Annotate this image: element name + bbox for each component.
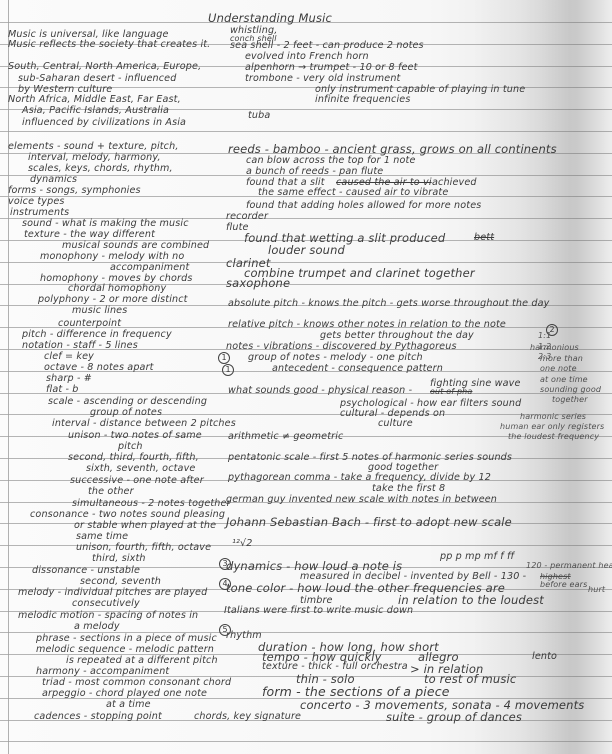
note-line: arithmetic ≠ geometric [228, 432, 343, 442]
note-line: melodic sequence - melodic pattern [36, 645, 214, 655]
note-line: at one time [540, 375, 588, 385]
note-line: to rest of music [424, 674, 516, 684]
note-line: antecedent - consequence pattern [272, 364, 443, 374]
note-line: tuba [248, 111, 270, 121]
note-line: sixth, seventh, octave [86, 464, 195, 474]
note-line: german guy invented new scale with notes… [226, 495, 497, 505]
note-line: influenced by civilizations in Asia [22, 118, 186, 128]
note-line: chords, key signature [194, 712, 301, 722]
note-line: allegro [418, 652, 459, 662]
note-line: polyphony - 2 or more distinct [38, 295, 188, 305]
note-line: out of pha [430, 387, 472, 397]
note-line: forms - songs, symphonies [8, 186, 141, 196]
note-line: pitch - difference in frequency [22, 330, 172, 340]
note-line: sea shell - 2 feet - can produce 2 notes [230, 41, 424, 51]
note-line: one note [540, 364, 577, 374]
note-line: human ear only registers [500, 422, 604, 432]
note-line: North Africa, Middle East, Far East, [8, 95, 181, 105]
note-line: culture [378, 419, 413, 429]
note-line: harmonious [530, 343, 579, 353]
note-line: at a time [106, 700, 151, 710]
note-line: dynamics [30, 175, 77, 185]
circled-number: 3 [219, 558, 231, 570]
note-line: counterpoint [58, 319, 121, 329]
note-line: lento [532, 652, 557, 662]
note-line: chordal homophony [68, 284, 166, 294]
note-line: simultaneous - 2 notes together [72, 499, 231, 509]
ruled-line [0, 741, 612, 742]
circled-number: 1 [218, 352, 230, 364]
circled-number: 5 [219, 624, 231, 636]
note-line: instruments [10, 208, 69, 218]
note-line: music lines [72, 306, 127, 316]
note-line: musical sounds are combined [62, 241, 209, 251]
note-line: absolute pitch - knows the pitch - gets … [228, 299, 549, 309]
note-line: Asia, Pacific Islands, Australia [22, 106, 169, 116]
note-line: elements - sound + texture, pitch, [8, 142, 179, 152]
note-line: scales, keys, chords, rhythm, [28, 164, 173, 174]
note-line: sub-Saharan desert - influenced [18, 74, 176, 84]
note-line: melodic motion - spacing of notes in [18, 611, 198, 621]
note-line: the other [88, 487, 134, 497]
note-line: consecutively [72, 599, 140, 609]
note-line: texture - the way different [24, 230, 155, 240]
note-line: pp p mp mf f ff [440, 552, 514, 562]
note-line: louder sound [268, 245, 345, 255]
note-line: what sounds good - physical reason - [228, 386, 412, 396]
note-line: flat - b [46, 385, 79, 395]
note-line: pitch [118, 442, 143, 452]
note-line: group of notes - melody - one pitch [248, 353, 423, 363]
note-line: before ears [540, 580, 587, 590]
ruled-line [0, 262, 612, 263]
note-line: form - the sections of a piece [262, 687, 450, 697]
note-line: concerto - 3 movements, sonata - 4 movem… [300, 700, 584, 710]
note-line: 120 - permanent hearing loss [526, 561, 612, 571]
circled-number: 2 [546, 324, 558, 336]
note-line: texture - thick - full orchestra [262, 662, 408, 672]
note-line: a bunch of reeds - pan flute [246, 167, 383, 177]
note-line: can blow across the top for 1 note [246, 156, 416, 166]
note-line: second, seventh [80, 577, 161, 587]
note-line: tone color - how loud the other frequenc… [226, 583, 505, 593]
note-line: notation - staff - 5 lines [22, 341, 138, 351]
note-line: melody - individual pitches are played [18, 588, 207, 598]
note-line: harmonic series [520, 412, 586, 422]
note-line: monophony - melody with no [40, 252, 184, 262]
note-line: or stable when played at the [74, 521, 216, 531]
note-line: the loudest frequency [508, 432, 599, 442]
note-line: sound - what is making the music [22, 219, 189, 229]
note-line: interval - distance between 2 pitches [52, 419, 236, 429]
note-line: arpeggio - chord played one note [42, 689, 207, 699]
note-line: sharp - # [46, 374, 92, 384]
note-line: suite - group of dances [386, 712, 522, 722]
note-line: thin - solo [296, 674, 355, 684]
circled-number: 1 [222, 364, 234, 376]
note-line: dissonance - unstable [32, 566, 140, 576]
note-line: phrase - sections in a piece of music [36, 634, 217, 644]
note-line: ¹²√2 [232, 539, 253, 549]
note-line: the same effect - caused air to vibrate [258, 188, 448, 198]
note-line: dynamics - how loud a note is [226, 561, 402, 571]
ruled-line [0, 131, 612, 132]
note-line: recorder [226, 212, 268, 222]
note-line: triad - most common consonant chord [42, 678, 231, 688]
note-line: bett [474, 233, 494, 243]
note-line: notes - vibrations - discovered by Pytha… [226, 342, 457, 352]
note-line: same time [76, 532, 128, 542]
notebook-page: Understanding Music Music is universal, … [0, 0, 612, 754]
note-line: reeds - bamboo - ancient grass, grows on… [228, 144, 557, 154]
note-line: relative pitch - knows other notes in re… [228, 320, 506, 330]
note-line: second, third, fourth, fifth, [68, 453, 199, 463]
note-line: Italians were first to write music down [224, 606, 413, 616]
note-line: hurt [588, 585, 605, 595]
note-line: found that wetting a slit produced [244, 233, 445, 243]
note-line: take the first 8 [372, 484, 445, 494]
note-line: octave - 8 notes apart [44, 363, 154, 373]
note-line: cadences - stopping point [34, 712, 162, 722]
note-line: Johann Sebastian Bach - first to adopt n… [226, 517, 512, 527]
note-line: group of notes [90, 408, 162, 418]
circled-number: 4 [219, 578, 231, 590]
note-line: infinite frequencies [315, 95, 410, 105]
note-line: alpenhorn → trumpet - 10 or 8 feet [245, 63, 418, 73]
note-line: pythagorean comma - take a frequency, di… [228, 473, 491, 483]
note-line: rhythm [226, 631, 262, 641]
note-line: a melody [74, 622, 120, 632]
note-line: third, sixth [92, 554, 146, 564]
note-line: gets better throughout the day [320, 331, 474, 341]
note-line: successive - one note after [70, 476, 204, 486]
note-line: clef = key [44, 352, 94, 362]
note-line: interval, melody, harmony, [28, 153, 161, 163]
note-line: accompaniment [110, 263, 189, 273]
note-line: sounding good [540, 385, 601, 395]
note-line: unison, fourth, fifth, octave [76, 543, 211, 553]
note-line: voice types [8, 197, 65, 207]
note-line: trombone - very old instrument [245, 74, 400, 84]
note-line: South, Central, North America, Europe, [8, 62, 201, 72]
note-line: scale - ascending or descending [48, 397, 207, 407]
note-line: in relation to the loudest [398, 595, 544, 605]
margin-line [8, 0, 9, 754]
note-line: consonance - two notes sound pleasing [30, 510, 225, 520]
note-line: together [552, 395, 588, 405]
note-line: found that adding holes allowed for more… [246, 201, 481, 211]
note-line: Music reflects the society that creates … [8, 40, 210, 50]
note-line: is repeated at a different pitch [66, 656, 218, 666]
note-line: harmony - accompaniment [36, 667, 169, 677]
note-line: more than [540, 354, 583, 364]
note-line: evolved into French horn [245, 52, 369, 62]
page-title: Understanding Music [208, 13, 332, 23]
note-line: unison - two notes of same [68, 431, 202, 441]
note-line: saxophone [226, 278, 290, 288]
